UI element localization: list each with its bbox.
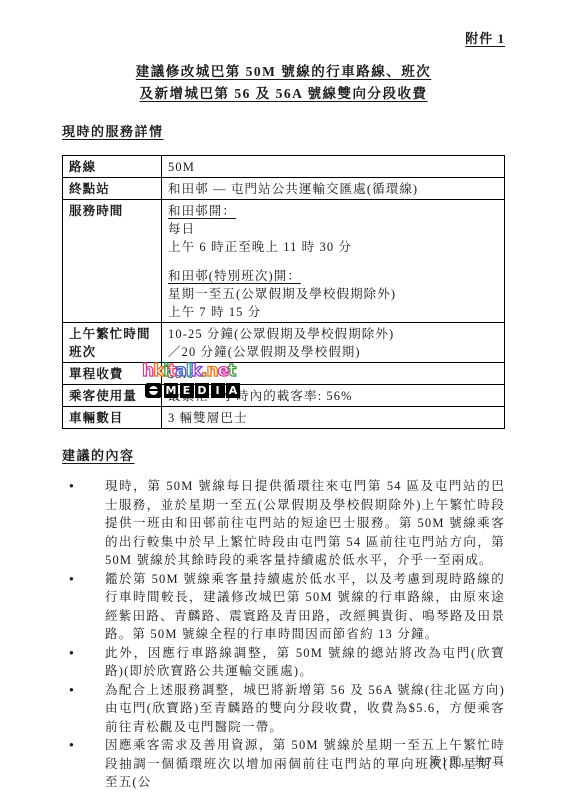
title-line-1: 建議修改城巴第 50M 號線的行車路線、班次 [136,61,432,83]
bullet-icon: ● [62,644,105,681]
proposal-heading: 建議的內容 [62,445,135,464]
bullet-icon: ● [62,570,105,644]
bullet-item-2: ● 鑑於第 50M 號線乘客量持續處於低水平，以及考慮到現時路線的行車時間較長，… [62,570,505,644]
bullet-text-2: 鑑於第 50M 號線乘客量持續處於低水平，以及考慮到現時路線的行車時間較長，建議… [105,570,505,644]
bullet-item-4: ● 為配合上述服務調整，城巴將新增第 56 及 56A 號線(往北區方向)由屯門… [62,681,505,737]
hkitalk-watermark: hkitalk.net MEDIA [142,363,242,398]
table-row-patronage: 乘客使用量 最繁忙一小時內的載客率: 56% [63,385,505,407]
table-row-peak-frequency: 上午繁忙時間班次 10-25 分鐘(公眾假期及學校假期除外) ／20 分鐘(公眾… [63,323,505,363]
document-page: 附件 1 建議修改城巴第 50M 號線的行車路線、班次 及新增城巴第 56 及 … [0,0,566,800]
hours-part2-line1: 星期一至五(公眾假期及學校假期除外) [168,285,498,303]
hours-blank-spacer [168,256,498,267]
route-value: 50M [162,156,505,178]
media-disc-icon [145,383,162,398]
bullet-icon: ● [62,477,105,570]
table-row-service-hours: 服務時間 和田邨開： 每日 上午 6 時正至晚上 11 時 30 分 和田邨(特… [63,200,505,323]
table-row-route: 路線 50M [63,156,505,178]
document-title: 建議修改城巴第 50M 號線的行車路線、班次 及新增城巴第 56 及 56A 號… [62,61,505,105]
hours-part1-line2: 上午 6 時正至晚上 11 時 30 分 [168,238,498,256]
hours-part2-header: 和田邨(特別班次)開： [168,267,498,285]
media-logo-letters: MEDIA [164,382,242,398]
terminus-label: 終點站 [63,178,162,200]
bullet-icon: ● [62,736,105,792]
table-row-terminus: 終點站 和田邨 — 屯門站公共運輸交匯處(循環線) [63,178,505,200]
current-service-section: 現時的服務詳情 [62,105,505,141]
bullet-text-3: 此外，因應行車路線調整，第 50M 號線的總站將改為屯門(欣寶路)(即於欣寶路公… [105,644,505,681]
peak-frequency-label: 上午繁忙時間班次 [63,323,162,363]
peak-frequency-line1: 10-25 分鐘(公眾假期及學校假期除外) [168,325,498,343]
hours-part2-line2: 上午 7 時 15 分 [168,303,498,321]
page-number: 第1頁，共7頁 [429,753,505,769]
proposal-section: 建議的內容 [62,429,505,465]
bullet-item-1: ● 現時，第 50M 號線每日提供循環往來屯門第 54 區及屯門站的巴士服務，並… [62,477,505,570]
table-row-fare: 單程收費 $5.6 [63,363,505,385]
hours-part1-header: 和田邨開： [168,202,498,220]
bullet-text-4: 為配合上述服務調整，城巴將新增第 56 及 56A 號線(往北區方向)由屯門(欣… [105,681,505,737]
bullet-text-1: 現時，第 50M 號線每日提供循環往來屯門第 54 區及屯門站的巴士服務，並於星… [105,477,505,570]
appendix-label: 附件 1 [62,28,505,47]
hkitalk-logo-text: hkitalk.net [142,363,242,380]
media-logo: MEDIA [145,382,242,398]
fleet-label: 車輛數目 [63,407,162,429]
service-details-table: 路線 50M 終點站 和田邨 — 屯門站公共運輸交匯處(循環線) 服務時間 和田… [62,155,505,429]
service-hours-value: 和田邨開： 每日 上午 6 時正至晚上 11 時 30 分 和田邨(特別班次)開… [162,200,505,323]
service-hours-label: 服務時間 [63,200,162,323]
peak-frequency-line2: ／20 分鐘(公眾假期及學校假期) [168,343,498,361]
bullet-icon: ● [62,681,105,737]
hours-part1-line1: 每日 [168,220,498,238]
table-row-fleet: 車輛數目 3 輛雙層巴士 [63,407,505,429]
terminus-value: 和田邨 — 屯門站公共運輸交匯處(循環線) [162,178,505,200]
route-label: 路線 [63,156,162,178]
appendix-label-text: 附件 1 [465,31,505,46]
proposal-bullet-list: ● 現時，第 50M 號線每日提供循環往來屯門第 54 區及屯門站的巴士服務，並… [62,477,505,792]
fleet-value: 3 輛雙層巴士 [162,407,505,429]
current-service-heading: 現時的服務詳情 [62,121,164,140]
peak-frequency-value: 10-25 分鐘(公眾假期及學校假期除外) ／20 分鐘(公眾假期及學校假期) [162,323,505,363]
bullet-item-3: ● 此外，因應行車路線調整，第 50M 號線的總站將改為屯門(欣寶路)(即於欣寶… [62,644,505,681]
title-line-2: 及新增城巴第 56 及 56A 號線雙向分段收費 [139,83,427,105]
